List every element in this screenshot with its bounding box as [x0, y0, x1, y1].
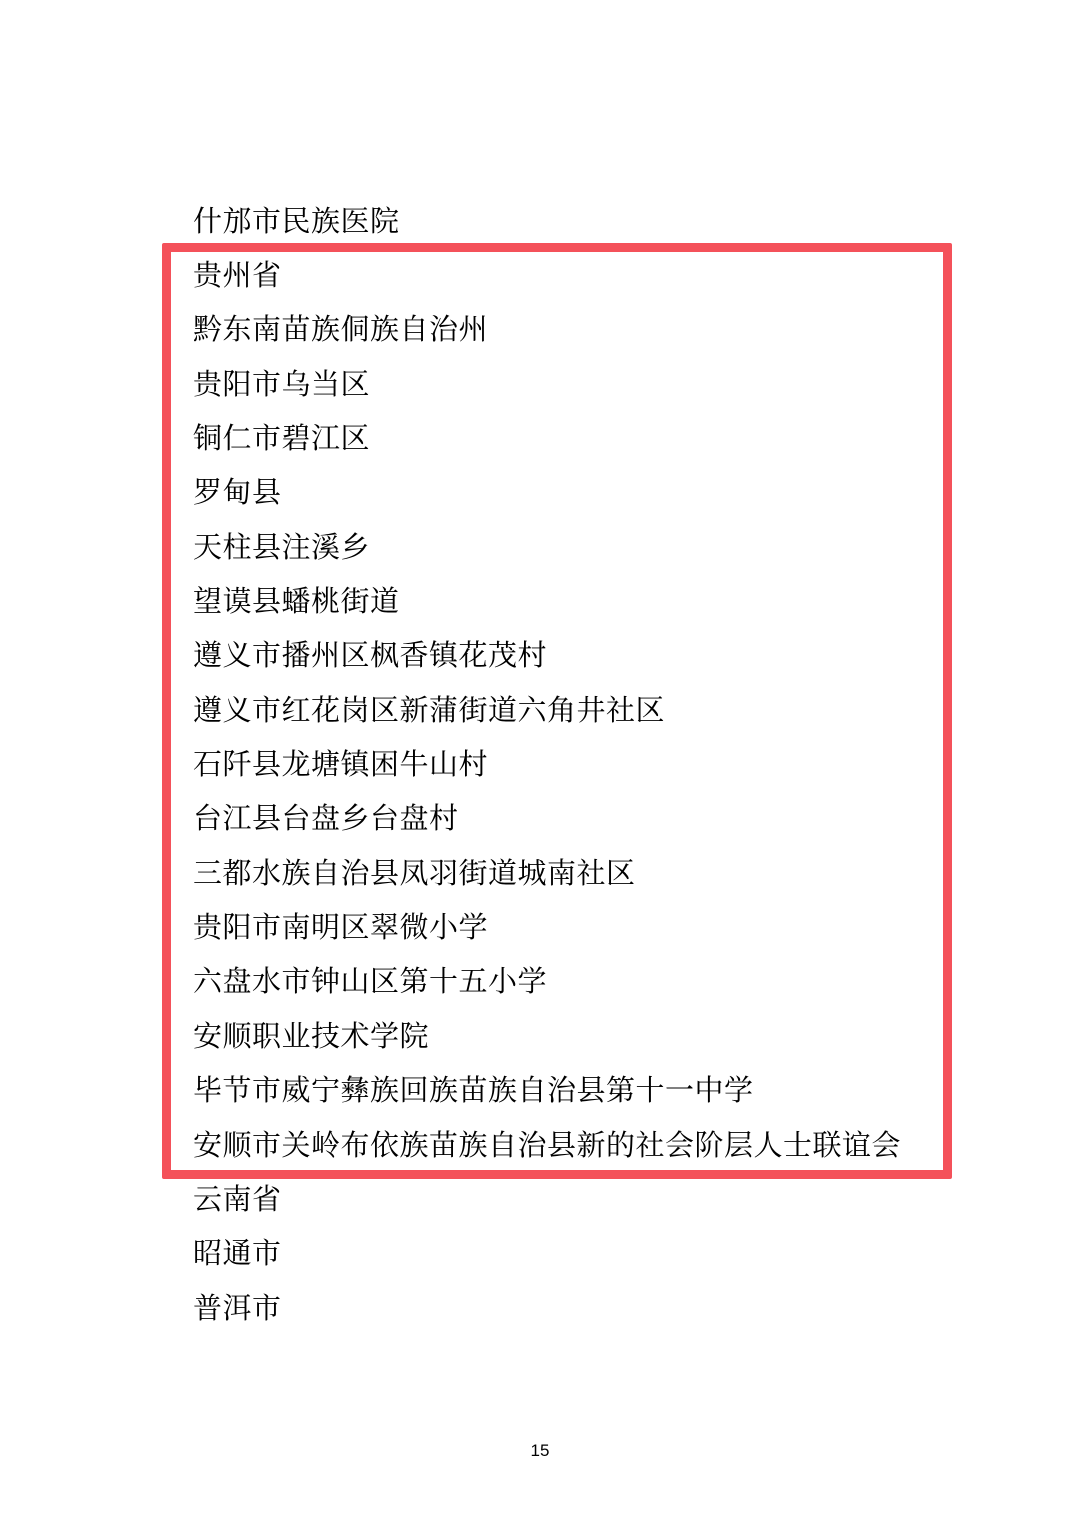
list-item-text: 遵义市红花岗区新蒲街道六角井社区	[193, 697, 665, 726]
list-item-text: 石阡县龙塘镇困牛山村	[193, 751, 488, 780]
list-item: 遵义市红花岗区新蒲街道六角井社区	[193, 684, 1070, 738]
list-item-text: 台江县台盘乡台盘村	[193, 805, 459, 834]
list-item-text: 安顺职业技术学院	[193, 1023, 429, 1052]
list-item-text: 天柱县注溪乡	[193, 534, 370, 563]
document-page: 什邡市民族医院 贵州省 黔东南苗族侗族自治州 贵阳市乌当区 铜仁市碧江区 罗甸县…	[0, 0, 1080, 1528]
list-item: 贵阳市南明区翠微小学	[193, 901, 1070, 955]
list-item-text: 贵阳市南明区翠微小学	[193, 914, 488, 943]
list-item-text: 罗甸县	[193, 479, 282, 508]
list-item: 什邡市民族医院	[193, 195, 1070, 249]
list-item: 普洱市	[193, 1282, 1070, 1336]
list-item: 三都水族自治县凤羽街道城南社区	[193, 847, 1070, 901]
list-item-text: 毕节市威宁彝族回族苗族自治县第十一中学	[193, 1077, 754, 1106]
list-item-text: 普洱市	[193, 1295, 282, 1324]
list-item: 罗甸县	[193, 467, 1070, 521]
list-item-text: 昭通市	[193, 1240, 282, 1269]
list-item-text: 安顺市关岭布依族苗族自治县新的社会阶层人士联谊会	[193, 1132, 901, 1161]
entry-list: 什邡市民族医院 贵州省 黔东南苗族侗族自治州 贵阳市乌当区 铜仁市碧江区 罗甸县…	[193, 195, 1070, 1336]
list-item-text: 贵州省	[193, 262, 282, 291]
list-item: 黔东南苗族侗族自治州	[193, 304, 1070, 358]
list-item: 石阡县龙塘镇困牛山村	[193, 738, 1070, 792]
list-item: 毕节市威宁彝族回族苗族自治县第十一中学	[193, 1065, 1070, 1119]
list-item: 望谟县蟠桃街道	[193, 575, 1070, 629]
list-item: 云南省	[193, 1173, 1070, 1227]
list-item: 昭通市	[193, 1228, 1070, 1282]
list-item-text: 望谟县蟠桃街道	[193, 588, 400, 617]
page-number: 15	[0, 1441, 1080, 1461]
list-item-text: 贵阳市乌当区	[193, 371, 370, 400]
list-item-text: 铜仁市碧江区	[193, 425, 370, 454]
list-item: 贵州省	[193, 249, 1070, 303]
list-item: 台江县台盘乡台盘村	[193, 793, 1070, 847]
list-item: 铜仁市碧江区	[193, 412, 1070, 466]
list-item: 安顺市关岭布依族苗族自治县新的社会阶层人士联谊会	[193, 1119, 1070, 1173]
list-item-text: 黔东南苗族侗族自治州	[193, 316, 488, 345]
list-item-text: 云南省	[193, 1186, 282, 1215]
list-item: 遵义市播州区枫香镇花茂村	[193, 630, 1070, 684]
list-item-text: 六盘水市钟山区第十五小学	[193, 968, 547, 997]
list-item-text: 遵义市播州区枫香镇花茂村	[193, 642, 547, 671]
list-item-text: 什邡市民族医院	[193, 208, 400, 237]
list-item: 六盘水市钟山区第十五小学	[193, 956, 1070, 1010]
list-item: 贵阳市乌当区	[193, 358, 1070, 412]
list-item-text: 三都水族自治县凤羽街道城南社区	[193, 860, 636, 889]
list-item: 安顺职业技术学院	[193, 1010, 1070, 1064]
list-item: 天柱县注溪乡	[193, 521, 1070, 575]
